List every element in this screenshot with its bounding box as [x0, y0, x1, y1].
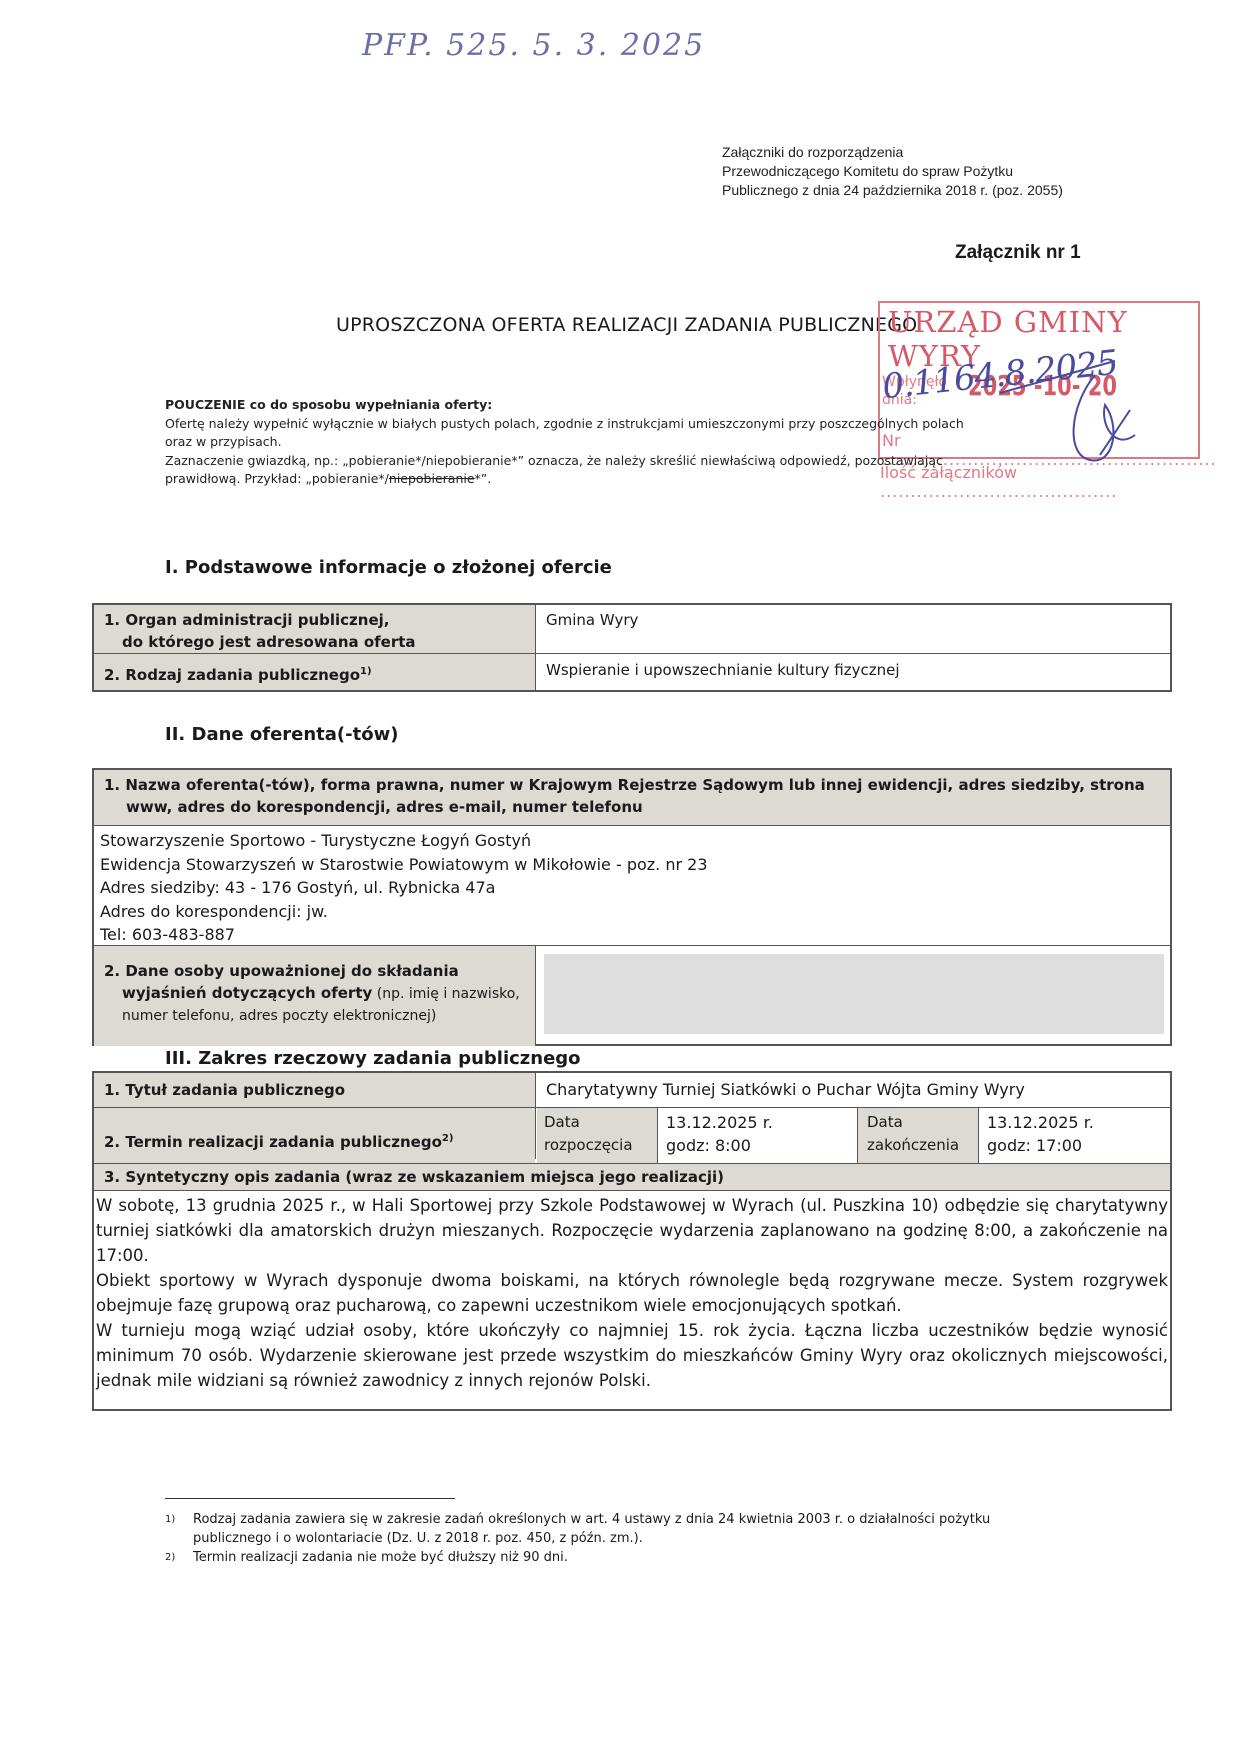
offeror-details: Stowarzyszenie Sportowo - Turystyczne Ło… [100, 829, 708, 947]
start-date-label: Data rozpoczęcia [544, 1111, 633, 1157]
instructions-heading: POUCZENIE co do sposobu wypełniania ofer… [165, 397, 492, 412]
task-type-value: Wspieranie i upowszechnianie kultury fiz… [546, 659, 900, 681]
description-label: 3. Syntetyczny opis zadania (wraz ze wsk… [104, 1166, 724, 1188]
contact-person-value-redacted [544, 954, 1164, 1034]
instructions: POUCZENIE co do sposobu wypełniania ofer… [165, 396, 1065, 489]
end-date-value: 13.12.2025 r. godz: 17:00 [987, 1111, 1094, 1157]
organ-label: 1. Organ administracji publicznej, do kt… [104, 609, 416, 653]
task-title-value: Charytatywny Turniej Siatkówki o Puchar … [546, 1079, 1025, 1101]
footnote-separator [165, 1498, 455, 1499]
footnotes: 1) Rodzaj zadania zawiera się w zakresie… [165, 1510, 1115, 1567]
regulation-header: Załączniki do rozporządzenia Przewodnicz… [722, 143, 1063, 200]
offeror-label: 1. Nazwa oferenta(-tów), forma prawna, n… [104, 774, 1164, 818]
contact-person-label: 2. Dane osoby upoważnionej do składania … [104, 960, 520, 1027]
footnote-2: 2) Termin realizacji zadania nie może by… [165, 1548, 1115, 1567]
task-type-label: 2. Rodzaj zadania publicznego1) [104, 661, 372, 686]
regulation-line: Przewodniczącego Komitetu do spraw Pożyt… [722, 162, 1063, 181]
instructions-line: Ofertę należy wypełnić wyłącznie w biały… [165, 415, 1065, 434]
section-3-heading: III. Zakres rzeczowy zadania publicznego [165, 1048, 581, 1069]
annex-label: Załącznik nr 1 [955, 242, 1081, 264]
instructions-line: Zaznaczenie gwiazdką, np.: „pobieranie*/… [165, 452, 1065, 471]
organ-value: Gmina Wyry [546, 609, 638, 631]
instructions-line: prawidłową. Przykład: „pobieranie*/niepo… [165, 470, 1065, 489]
section-1-heading: I. Podstawowe informacje o złożonej ofer… [165, 557, 612, 578]
task-description: W sobotę, 13 grudnia 2025 r., w Hali Spo… [96, 1193, 1168, 1393]
end-date-label: Data zakończenia [867, 1111, 959, 1157]
section-2-heading: II. Dane oferenta(-tów) [165, 724, 398, 745]
handwritten-reference: PFP. 525. 5. 3. 2025 [362, 28, 705, 63]
start-date-value: 13.12.2025 r. godz: 8:00 [666, 1111, 773, 1157]
regulation-line: Publicznego z dnia 24 października 2018 … [722, 181, 1063, 200]
section-1-table: 1. Organ administracji publicznej, do kt… [92, 603, 1172, 692]
document-title: UPROSZCZONA OFERTA REALIZACJI ZADANIA PU… [336, 314, 917, 336]
instructions-line: oraz w przypisach. [165, 433, 1065, 452]
task-title-label: 1. Tytuł zadania publicznego [104, 1079, 345, 1101]
regulation-line: Załączniki do rozporządzenia [722, 143, 1063, 162]
section-3-table: 1. Tytuł zadania publicznego Charytatywn… [92, 1071, 1172, 1411]
section-2-table: 1. Nazwa oferenta(-tów), forma prawna, n… [92, 768, 1172, 1046]
footnote-1: 1) Rodzaj zadania zawiera się w zakresie… [165, 1510, 1115, 1548]
signature-stroke-icon [1000, 358, 1120, 398]
term-label: 2. Termin realizacji zadania publicznego… [104, 1128, 453, 1153]
